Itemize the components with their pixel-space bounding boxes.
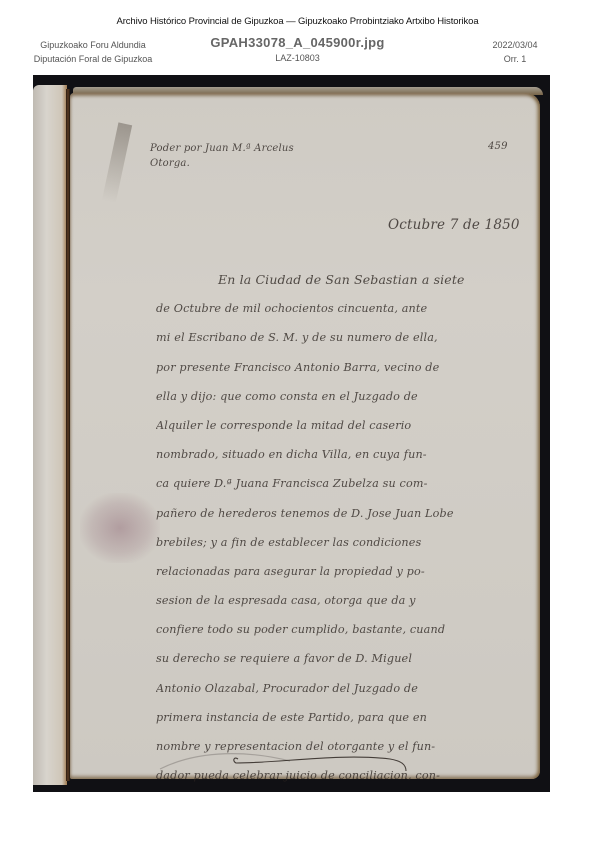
document-scan: Poder por Juan M.ª Arcelus Otorga. 459 O… — [33, 75, 550, 792]
text-line: mi el Escribano de S. M. y de su numero … — [156, 323, 550, 352]
date-line: Octubre 7 de 1850 — [388, 217, 520, 233]
archive-title: Archivo Histórico Provincial de Gipuzkoa… — [0, 16, 595, 27]
marginal-note-line: Poder por Juan M.ª Arcelus — [150, 141, 294, 156]
text-line: por presente Francisco Antonio Barra, ve… — [156, 353, 550, 382]
text-line: ca quiere D.ª Juana Francisca Zubelza su… — [156, 469, 550, 498]
issue-date: 2022/03/04 — [460, 38, 570, 52]
manuscript-body: En la Ciudad de San Sebastian a siete de… — [156, 265, 550, 792]
text-line: sesion de la espresada casa, otorga que … — [156, 586, 550, 615]
marginal-note: Poder por Juan M.ª Arcelus Otorga. — [150, 141, 294, 171]
marginal-note-line: Otorga. — [150, 156, 294, 171]
text-line: su derecho se requiere a favor de D. Mig… — [156, 644, 550, 673]
text-line: pañero de herederos tenemos de D. Jose J… — [156, 499, 550, 528]
text-line: primera instancia de este Partido, para … — [156, 703, 550, 732]
binding-shadow — [102, 122, 132, 203]
institution-block: Gipuzkoako Foru Aldundia Diputación Fora… — [18, 38, 168, 66]
text-line: En la Ciudad de San Sebastian a siete — [156, 265, 550, 294]
folio-number: 459 — [488, 141, 508, 152]
file-name: GPAH33078_A_045900r.jpg — [170, 34, 425, 51]
file-block: GPAH33078_A_045900r.jpg LAZ-10803 — [170, 34, 425, 65]
institution-basque: Gipuzkoako Foru Aldundia — [18, 38, 168, 52]
institution-spanish: Diputación Foral de Gipuzkoa — [18, 52, 168, 66]
text-line: relacionadas para asegurar la propiedad … — [156, 557, 550, 586]
page-number: Orr. 1 — [460, 52, 570, 66]
ink-stain — [80, 493, 160, 563]
reference-code: LAZ-10803 — [170, 51, 425, 65]
text-line: ella y dijo: que como consta en el Juzga… — [156, 382, 550, 411]
text-line: nombrado, situado en dicha Villa, en cuy… — [156, 440, 550, 469]
closing-flourish-icon — [140, 739, 440, 779]
text-line: de Octubre de mil ochocientos cincuenta,… — [156, 294, 550, 323]
previous-leaf-edge — [33, 85, 67, 785]
date-block: 2022/03/04 Orr. 1 — [460, 38, 570, 66]
text-line: brebiles; y a fin de establecer las cond… — [156, 528, 550, 557]
manuscript-page: Poder por Juan M.ª Arcelus Otorga. 459 O… — [70, 93, 540, 779]
text-line: confiere todo su poder cumplido, bastant… — [156, 615, 550, 644]
text-line: Alquiler le corresponde la mitad del cas… — [156, 411, 550, 440]
text-line: Antonio Olazabal, Procurador del Juzgado… — [156, 674, 550, 703]
text-line: venga o los convenga sobre manera que se… — [156, 790, 550, 792]
